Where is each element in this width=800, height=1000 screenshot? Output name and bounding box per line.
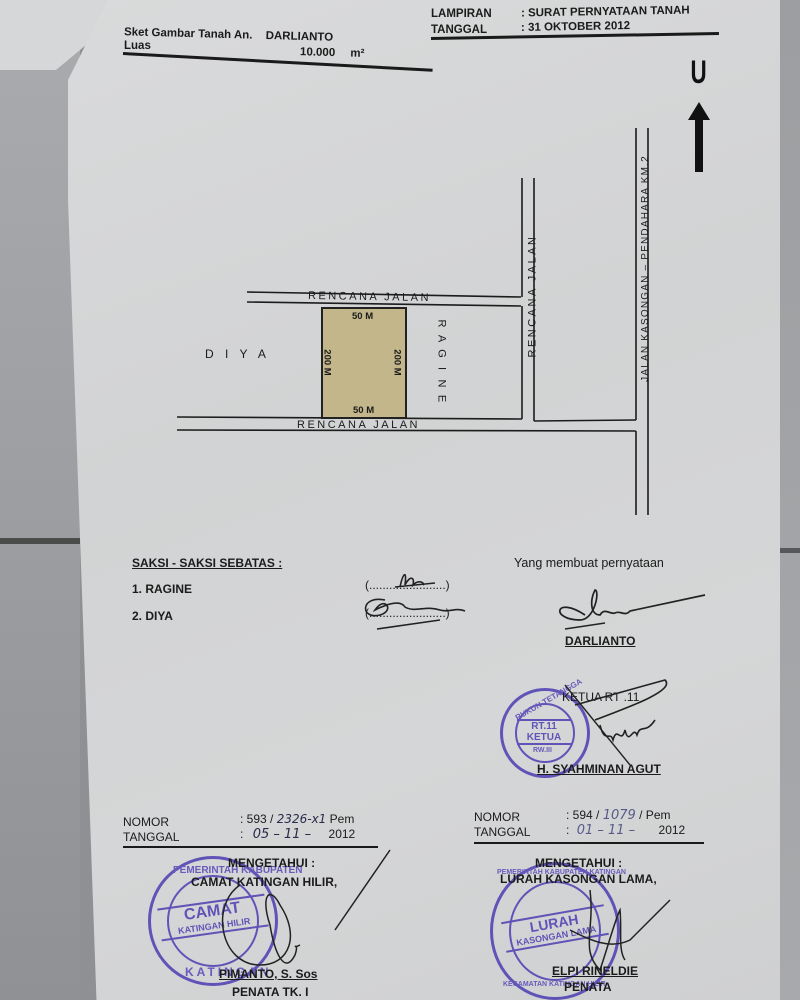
camat-date-prefix: : xyxy=(240,827,243,841)
lurah-number-value: : 594 / 1079 / Pem xyxy=(566,808,670,823)
plot-bottom-width: 50 M xyxy=(353,405,374,416)
lurah-number-suffix: / Pem xyxy=(639,808,670,822)
land-sketch-map xyxy=(0,0,800,1000)
camat-number-handwritten: 2326-x1 xyxy=(277,812,327,826)
lurah-date-prefix: : xyxy=(566,823,569,837)
east-neighbor-letter: I xyxy=(434,363,449,375)
camat-rank: PENATA TK. I xyxy=(232,985,308,999)
camat-date-handwritten: 05 – 11 – xyxy=(253,827,311,842)
east-neighbor-label: RAGINE xyxy=(435,316,447,406)
witness-2: 2. DIYA xyxy=(132,609,173,623)
camat-date-value: : 05 – 11 – 2012 xyxy=(240,827,355,842)
east-neighbor-letter: A xyxy=(434,333,449,345)
rt-head-signature xyxy=(555,675,705,765)
declarant-name: DARLIANTO xyxy=(565,634,635,648)
plot-left-length: 200 M xyxy=(322,349,333,375)
camat-date-label: TANGGAL xyxy=(123,830,179,844)
camat-number-prefix: : 593 / xyxy=(240,812,273,826)
camat-name: PIMANTO, S. Sos xyxy=(219,967,317,981)
east-neighbor-letter: E xyxy=(434,393,449,405)
rt-stamp-bottom: RW.III xyxy=(533,747,552,754)
road-vertical-label: RENCANA JALAN xyxy=(526,235,538,358)
camat-number-suffix: Pem xyxy=(330,812,355,826)
camat-number-label: NOMOR xyxy=(123,815,169,829)
road-bottom-label: RENCANA JALAN xyxy=(297,419,420,431)
road-top-label: RENCANA JALAN xyxy=(308,290,431,304)
camat-date-year: 2012 xyxy=(329,827,356,841)
east-neighbor-letter: N xyxy=(434,378,449,390)
east-neighbor-letter: R xyxy=(434,318,449,330)
lurah-number-label: NOMOR xyxy=(474,810,520,824)
lurah-acknowledge: MENGETAHUI : xyxy=(535,856,622,870)
witness-signatures xyxy=(355,565,495,635)
declarant-signature xyxy=(555,585,715,635)
lurah-rule xyxy=(474,842,704,844)
camat-number-value: : 593 / 2326-x1 Pem xyxy=(240,812,354,826)
lurah-date-handwritten: 01 – 11 – xyxy=(577,823,635,838)
lurah-number-prefix: : 594 / xyxy=(566,808,599,822)
rt-head-name: H. SYAHMINAN AGUT xyxy=(537,762,661,776)
main-road-label: JALAN KASONGAN – PENDAHARA KM.2 xyxy=(640,155,651,382)
lurah-number-handwritten: 1079 xyxy=(603,808,636,823)
declarant-caption: Yang membuat pernyataan xyxy=(514,556,664,570)
east-neighbor-letter: G xyxy=(434,348,449,360)
lurah-rank: PENATA xyxy=(564,980,612,994)
lurah-name: ELPI RINELDIE xyxy=(552,964,638,978)
lurah-date-value: : 01 – 11 – 2012 xyxy=(566,823,685,838)
witness-1: 1. RAGINE xyxy=(132,582,192,596)
witnesses-title: SAKSI - SAKSI SEBATAS : xyxy=(132,556,282,570)
lurah-date-year: 2012 xyxy=(659,823,686,837)
plot-right-length: 200 M xyxy=(392,349,403,375)
lurah-date-label: TANGGAL xyxy=(474,825,530,839)
plot-top-width: 50 M xyxy=(352,311,373,322)
west-neighbor-label: D I Y A xyxy=(205,347,270,361)
